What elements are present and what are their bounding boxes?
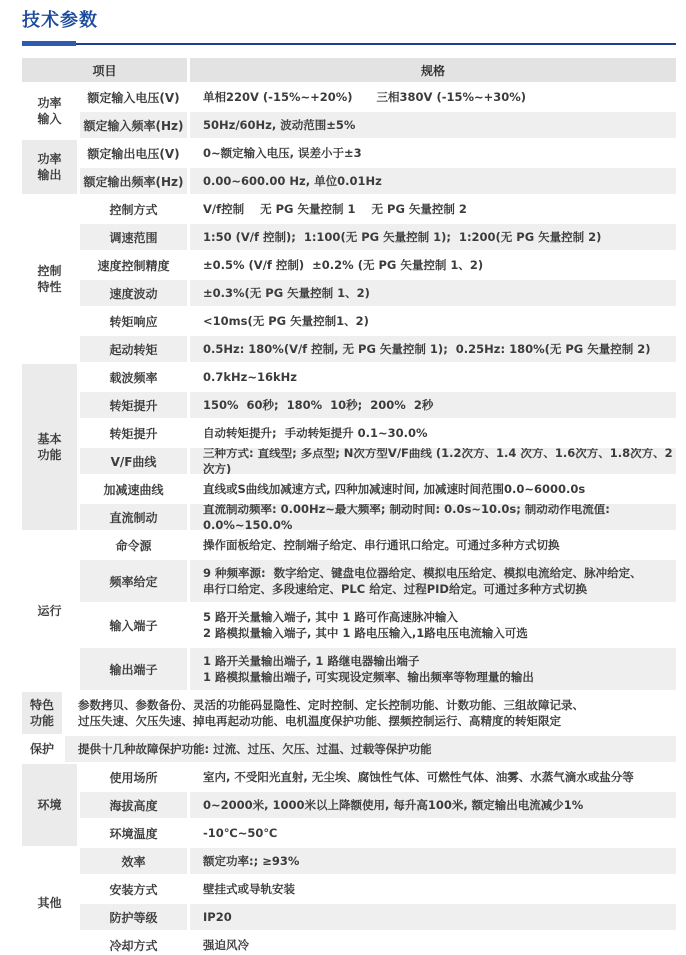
section-control-characteristics: 控制 特性控制方式V/f控制 无 PG 矢量控制 1 无 PG 矢量控制 2调速… — [22, 196, 676, 362]
item-cell: 加减速曲线 — [80, 476, 187, 502]
section-rows: 额定输入电压(V)单相220V (-15%~+20%) 三相380V (-15%… — [80, 84, 676, 138]
spec-cell: 提供十几种故障保护功能: 过流、过压、欠压、过温、过载等保护功能 — [65, 736, 676, 762]
spec-cell: V/f控制 无 PG 矢量控制 1 无 PG 矢量控制 2 — [190, 196, 676, 222]
item-cell: 安装方式 — [80, 876, 187, 902]
title-underline-accent — [22, 41, 76, 46]
item-cell: V/F曲线 — [80, 448, 187, 474]
item-cell: 环境温度 — [80, 820, 187, 846]
spec-cell: 额定功率:; ≥93% — [190, 848, 676, 874]
item-cell: 海拔高度 — [80, 792, 187, 818]
spec-cell: IP20 — [190, 904, 676, 930]
table-row: 环境温度-10℃~50℃ — [80, 820, 676, 846]
item-cell: 额定输出频率(Hz) — [80, 168, 187, 194]
spec-cell: 自动转矩提升; 手动转矩提升 0.1~30.0% — [190, 420, 676, 446]
spec-cell: 单相220V (-15%~+20%) 三相380V (-15%~+30%) — [190, 84, 676, 110]
spec-cell: 150% 60秒; 180% 10秒; 200% 2秒 — [190, 392, 676, 418]
table-row: 安装方式壁挂式或导轨安装 — [80, 876, 676, 902]
section-rows: 参数拷贝、参数备份、灵活的功能码显隐性、定时控制、定长控制功能、计数功能、三组故… — [65, 692, 676, 734]
spec-cell: 5 路开关量输入端子, 其中 1 路可作高速脉冲输入 2 路模拟量输入端子, 其… — [190, 604, 676, 646]
group-label-control-characteristics: 控制 特性 — [22, 196, 77, 362]
table-row: 命令源操作面板给定、控制端子给定、串行通讯口给定。可通过多种方式切换 — [80, 532, 676, 558]
section-environment: 环境使用场所室内, 不受阳光直射, 无尘埃、腐蚀性气体、可燃性气体、油雾、水蒸气… — [22, 764, 676, 846]
table-row: 调速范围1:50 (V/f 控制); 1:100(无 PG 矢量控制 1); 1… — [80, 224, 676, 250]
spec-sheet-page: 技术参数 项目 规格 功率 输入额定输入电压(V)单相220V (-15%~+2… — [0, 0, 686, 955]
page-title: 技术参数 — [22, 10, 676, 32]
spec-cell: 0~2000米, 1000米以上降额使用, 每升高100米, 额定输出电流减少1… — [190, 792, 676, 818]
item-cell: 载波频率 — [80, 364, 187, 390]
table-row: 起动转矩0.5Hz: 180%(V/f 控制, 无 PG 矢量控制 1); 0.… — [80, 336, 676, 362]
item-cell: 冷却方式 — [80, 932, 187, 955]
table-row: 使用场所室内, 不受阳光直射, 无尘埃、腐蚀性气体、可燃性气体、油雾、水蒸气滴水… — [80, 764, 676, 790]
spec-cell: 0~额定输入电压, 误差小于±3 — [190, 140, 676, 166]
spec-cell: 参数拷贝、参数备份、灵活的功能码显隐性、定时控制、定长控制功能、计数功能、三组故… — [65, 692, 676, 734]
item-cell: 使用场所 — [80, 764, 187, 790]
spec-cell: ±0.5% (V/f 控制) ±0.2% (无 PG 矢量控制 1、2) — [190, 252, 676, 278]
section-special-functions: 特色 功能参数拷贝、参数备份、灵活的功能码显隐性、定时控制、定长控制功能、计数功… — [22, 692, 676, 734]
item-cell: 转矩提升 — [80, 420, 187, 446]
spec-cell: 直流制动频率: 0.00Hz~最大频率; 制动时间: 0.0s~10.0s; 制… — [190, 504, 676, 530]
section-rows: 使用场所室内, 不受阳光直射, 无尘埃、腐蚀性气体、可燃性气体、油雾、水蒸气滴水… — [80, 764, 676, 846]
table-row: 转矩响应<10ms(无 PG 矢量控制1、2) — [80, 308, 676, 334]
group-label-others: 其他 — [22, 848, 77, 955]
spec-cell: ±0.3%(无 PG 矢量控制 1、2) — [190, 280, 676, 306]
group-label-basic-functions: 基本 功能 — [22, 364, 77, 530]
spec-cell: 室内, 不受阳光直射, 无尘埃、腐蚀性气体、可燃性气体、油雾、水蒸气滴水或盐分等 — [190, 764, 676, 790]
section-others: 其他效率额定功率:; ≥93%安装方式壁挂式或导轨安装防护等级IP20冷却方式强… — [22, 848, 676, 955]
table-row: 转矩提升150% 60秒; 180% 10秒; 200% 2秒 — [80, 392, 676, 418]
group-label-power-input: 功率 输入 — [22, 84, 77, 138]
table-row: 频率给定9 种频率源: 数字给定、键盘电位器给定、模拟电压给定、模拟电流给定、脉… — [80, 560, 676, 602]
item-cell: 速度控制精度 — [80, 252, 187, 278]
table-row: 输入端子5 路开关量输入端子, 其中 1 路可作高速脉冲输入 2 路模拟量输入端… — [80, 604, 676, 646]
table-row: 提供十几种故障保护功能: 过流、过压、欠压、过温、过载等保护功能 — [65, 736, 676, 762]
table-row: 额定输入电压(V)单相220V (-15%~+20%) 三相380V (-15%… — [80, 84, 676, 110]
table-row: 额定输入频率(Hz)50Hz/60Hz, 波动范围±5% — [80, 112, 676, 138]
item-cell: 命令源 — [80, 532, 187, 558]
table-body: 功率 输入额定输入电压(V)单相220V (-15%~+20%) 三相380V … — [22, 84, 676, 955]
item-cell: 速度波动 — [80, 280, 187, 306]
spec-cell: <10ms(无 PG 矢量控制1、2) — [190, 308, 676, 334]
table-row: 额定输出频率(Hz)0.00~600.00 Hz, 单位0.01Hz — [80, 168, 676, 194]
section-rows: 提供十几种故障保护功能: 过流、过压、欠压、过温、过载等保护功能 — [65, 736, 676, 762]
item-cell: 额定输入电压(V) — [80, 84, 187, 110]
table-row: 冷却方式强迫风冷 — [80, 932, 676, 955]
item-cell: 额定输出电压(V) — [80, 140, 187, 166]
section-power-input: 功率 输入额定输入电压(V)单相220V (-15%~+20%) 三相380V … — [22, 84, 676, 138]
item-cell: 防护等级 — [80, 904, 187, 930]
table-row: 直流制动直流制动频率: 0.00Hz~最大频率; 制动时间: 0.0s~10.0… — [80, 504, 676, 530]
item-cell: 额定输入频率(Hz) — [80, 112, 187, 138]
section-rows: 载波频率0.7kHz~16kHz转矩提升150% 60秒; 180% 10秒; … — [80, 364, 676, 530]
section-power-output: 功率 输出额定输出电压(V)0~额定输入电压, 误差小于±3额定输出频率(Hz)… — [22, 140, 676, 194]
spec-cell: -10℃~50℃ — [190, 820, 676, 846]
section-operation: 运行命令源操作面板给定、控制端子给定、串行通讯口给定。可通过多种方式切换频率给定… — [22, 532, 676, 690]
spec-cell: 壁挂式或导轨安装 — [190, 876, 676, 902]
table-row: 加减速曲线直线或S曲线加减速方式, 四种加减速时间, 加减速时间范围0.0~60… — [80, 476, 676, 502]
table-row: 海拔高度0~2000米, 1000米以上降额使用, 每升高100米, 额定输出电… — [80, 792, 676, 818]
spec-cell: 9 种频率源: 数字给定、键盘电位器给定、模拟电压给定、模拟电流给定、脉冲给定、… — [190, 560, 676, 602]
table-row: 参数拷贝、参数备份、灵活的功能码显隐性、定时控制、定长控制功能、计数功能、三组故… — [65, 692, 676, 734]
spec-cell: 操作面板给定、控制端子给定、串行通讯口给定。可通过多种方式切换 — [190, 532, 676, 558]
group-label-operation: 运行 — [22, 532, 77, 690]
table-row: 转矩提升自动转矩提升; 手动转矩提升 0.1~30.0% — [80, 420, 676, 446]
table-row: V/F曲线三种方式: 直线型; 多点型; N次方型V/F曲线 (1.2次方、1.… — [80, 448, 676, 474]
table-row: 额定输出电压(V)0~额定输入电压, 误差小于±3 — [80, 140, 676, 166]
table-row: 载波频率0.7kHz~16kHz — [80, 364, 676, 390]
section-rows: 控制方式V/f控制 无 PG 矢量控制 1 无 PG 矢量控制 2调速范围1:5… — [80, 196, 676, 362]
spec-cell: 1:50 (V/f 控制); 1:100(无 PG 矢量控制 1); 1:200… — [190, 224, 676, 250]
table-header-row: 项目 规格 — [22, 58, 676, 82]
section-protection: 保护提供十几种故障保护功能: 过流、过压、欠压、过温、过载等保护功能 — [22, 736, 676, 762]
header-spec-column: 规格 — [190, 58, 676, 82]
item-cell: 起动转矩 — [80, 336, 187, 362]
group-label-protection: 保护 — [22, 736, 62, 762]
section-rows: 效率额定功率:; ≥93%安装方式壁挂式或导轨安装防护等级IP20冷却方式强迫风… — [80, 848, 676, 955]
table-row: 速度波动±0.3%(无 PG 矢量控制 1、2) — [80, 280, 676, 306]
spec-table: 项目 规格 功率 输入额定输入电压(V)单相220V (-15%~+20%) 三… — [22, 58, 676, 955]
item-cell: 效率 — [80, 848, 187, 874]
table-row: 效率额定功率:; ≥93% — [80, 848, 676, 874]
spec-cell: 强迫风冷 — [190, 932, 676, 955]
spec-cell: 0.5Hz: 180%(V/f 控制, 无 PG 矢量控制 1); 0.25Hz… — [190, 336, 676, 362]
spec-cell: 三种方式: 直线型; 多点型; N次方型V/F曲线 (1.2次方、1.4 次方、… — [190, 448, 676, 474]
table-row: 防护等级IP20 — [80, 904, 676, 930]
item-cell: 输入端子 — [80, 604, 187, 646]
item-cell: 转矩响应 — [80, 308, 187, 334]
item-cell: 转矩提升 — [80, 392, 187, 418]
section-rows: 额定输出电压(V)0~额定输入电压, 误差小于±3额定输出频率(Hz)0.00~… — [80, 140, 676, 194]
spec-cell: 0.7kHz~16kHz — [190, 364, 676, 390]
item-cell: 控制方式 — [80, 196, 187, 222]
item-cell: 直流制动 — [80, 504, 187, 530]
spec-cell: 1 路开关量输出端子, 1 路继电器输出端子 1 路模拟量输出端子, 可实现设定… — [190, 648, 676, 690]
group-label-environment: 环境 — [22, 764, 77, 846]
section-rows: 命令源操作面板给定、控制端子给定、串行通讯口给定。可通过多种方式切换频率给定9 … — [80, 532, 676, 690]
section-basic-functions: 基本 功能载波频率0.7kHz~16kHz转矩提升150% 60秒; 180% … — [22, 364, 676, 530]
table-row: 速度控制精度±0.5% (V/f 控制) ±0.2% (无 PG 矢量控制 1、… — [80, 252, 676, 278]
table-row: 输出端子1 路开关量输出端子, 1 路继电器输出端子 1 路模拟量输出端子, 可… — [80, 648, 676, 690]
spec-cell: 直线或S曲线加减速方式, 四种加减速时间, 加减速时间范围0.0~6000.0s — [190, 476, 676, 502]
table-row: 控制方式V/f控制 无 PG 矢量控制 1 无 PG 矢量控制 2 — [80, 196, 676, 222]
spec-cell: 50Hz/60Hz, 波动范围±5% — [190, 112, 676, 138]
item-cell: 调速范围 — [80, 224, 187, 250]
group-label-power-output: 功率 输出 — [22, 140, 77, 194]
group-label-special-functions: 特色 功能 — [22, 692, 62, 734]
header-item-column: 项目 — [22, 58, 187, 82]
item-cell: 频率给定 — [80, 560, 187, 602]
item-cell: 输出端子 — [80, 648, 187, 690]
title-underline — [22, 36, 676, 45]
spec-cell: 0.00~600.00 Hz, 单位0.01Hz — [190, 168, 676, 194]
